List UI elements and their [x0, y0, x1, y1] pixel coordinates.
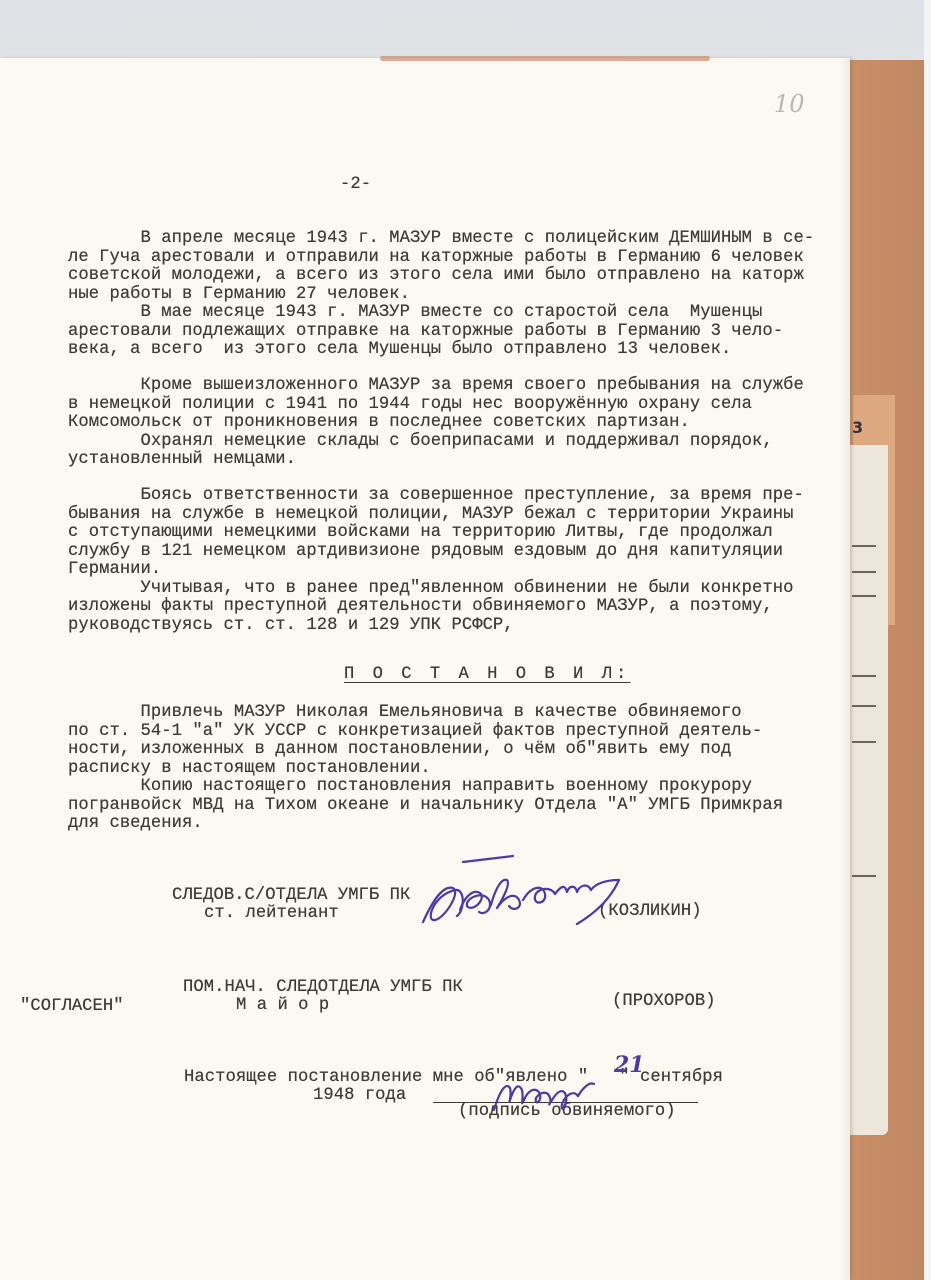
- text-line: в немецкой полиции с 1941 по 1944 годы н…: [68, 396, 804, 415]
- text-line: установленный немцами.: [68, 451, 804, 470]
- approver-title: ПОМ.НАЧ. СЛЕДОТДЕЛА УМГБ ПК: [183, 979, 463, 998]
- approver-rank: М а й о р: [236, 997, 329, 1016]
- investigator-signature: [405, 850, 635, 935]
- text-line: ные работы в Германию 27 человек.: [68, 286, 814, 305]
- text-line: бывания на службе в немецкой полиции, МА…: [68, 506, 804, 525]
- text-line: изложены факты преступной деятельности о…: [68, 598, 804, 617]
- text-line: для сведения.: [68, 815, 783, 834]
- text-line: века, а всего из этого села Мушенцы было…: [68, 341, 814, 360]
- approver-name: (ПРОХОРОВ): [612, 993, 716, 1012]
- resolution-heading: П О С Т А Н О В И Л:: [344, 666, 630, 685]
- text-line: Германии.: [68, 561, 804, 580]
- paragraph-resolution: Привлечь МАЗУР Николая Емельяновича в ка…: [68, 704, 783, 834]
- text-line: руководствуясь ст. ст. 128 и 129 УПК РСФ…: [68, 617, 804, 636]
- accused-signature: [490, 1060, 630, 1120]
- text-line: ности, изложенных в данном постановлении…: [68, 741, 783, 760]
- paragraph-flight-and-grounds: Боясь ответственности за совершенное пре…: [68, 487, 804, 635]
- acknowledgement-year: 1948 года: [313, 1087, 406, 1106]
- text-line: службу в 121 немецком артдивизионе рядов…: [68, 543, 804, 562]
- text-line: расписку в настоящем постановлении.: [68, 760, 783, 779]
- text-line: советской молодежи, а всего из этого сел…: [68, 267, 814, 286]
- text-line: арестовали подлежащих отправке на каторж…: [68, 323, 814, 342]
- text-line: В апреле месяце 1943 г. МАЗУР вместе с п…: [68, 230, 814, 249]
- scan-margin: [924, 0, 931, 1280]
- paragraph-guard-duty: Кроме вышеизложенного МАЗУР за время сво…: [68, 377, 804, 470]
- handwritten-sheet-number: 10: [774, 90, 805, 118]
- investigator-rank: ст. лейтенант: [204, 905, 339, 924]
- text-line: Комсомольск от проникновения в последнее…: [68, 414, 804, 433]
- binding-marks: [850, 545, 880, 905]
- text-line: Копию настоящего постановления направить…: [68, 778, 783, 797]
- cardboard-mark: 3: [852, 418, 863, 437]
- text-line: Охранял немецкие склады с боеприпасами и…: [68, 433, 804, 452]
- text-line: ле Гуча арестовали и отправили на каторж…: [68, 249, 814, 268]
- page-top-stain: [380, 56, 710, 61]
- paragraph-deportations: В апреле месяце 1943 г. МАЗУР вместе с п…: [68, 230, 814, 360]
- text-line: Кроме вышеизложенного МАЗУР за время сво…: [68, 377, 804, 396]
- text-line: Учитывая, что в ранее пред"явленном обви…: [68, 580, 804, 599]
- approval-label: "СОГЛАСЕН": [20, 998, 124, 1017]
- text-line: с отступающими немецкими войсками на тер…: [68, 524, 804, 543]
- page-edge: [838, 58, 850, 1280]
- text-line: Боясь ответственности за совершенное пре…: [68, 487, 804, 506]
- text-line: погранвойск МВД на Тихом океане и началь…: [68, 797, 783, 816]
- page-number: -2-: [340, 176, 371, 195]
- text-line: В мае месяце 1943 г. МАЗУР вместе со ста…: [68, 304, 814, 323]
- text-line: Привлечь МАЗУР Николая Емельяновича в ка…: [68, 704, 783, 723]
- text-line: по ст. 54-1 "а" УК УССР с конкретизацией…: [68, 723, 783, 742]
- investigator-title: СЛЕДОВ.С/ОТДЕЛА УМГБ ПК: [172, 887, 410, 906]
